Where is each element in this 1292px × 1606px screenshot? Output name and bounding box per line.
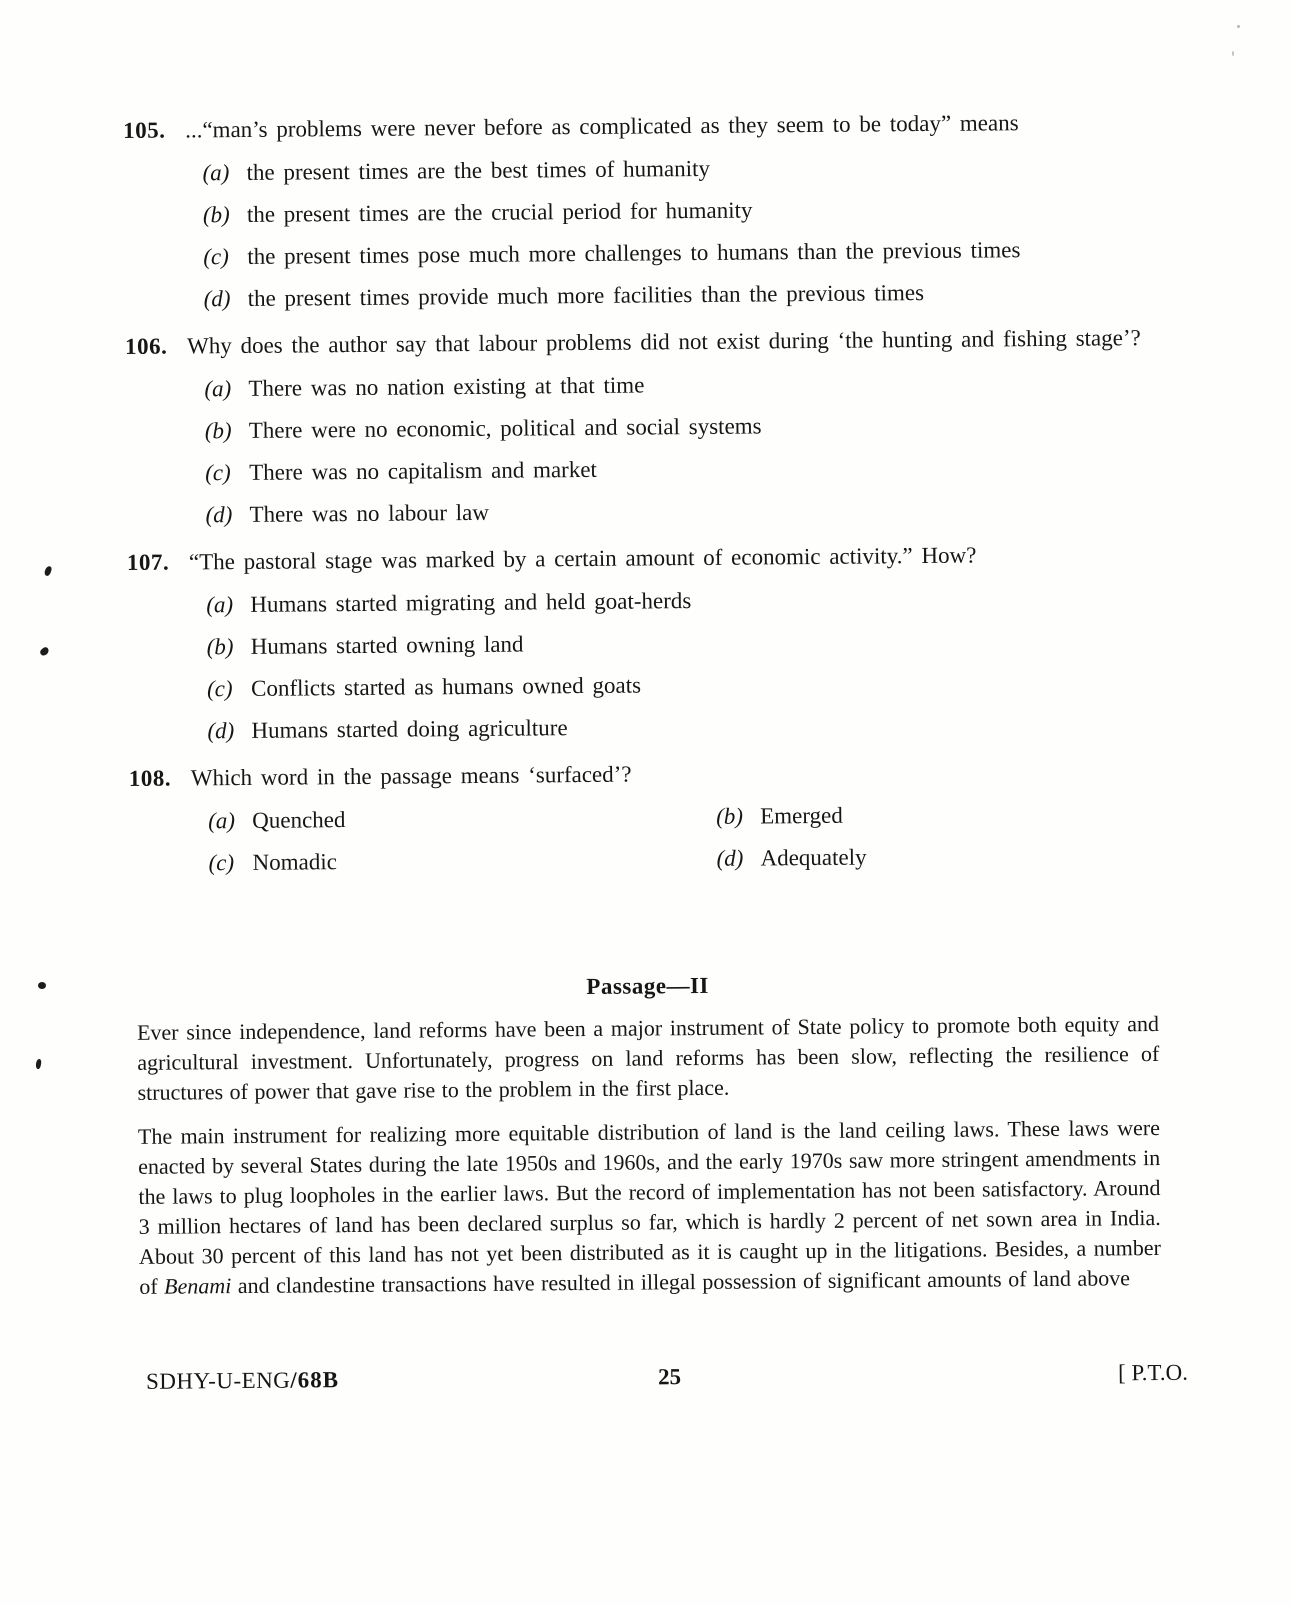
option-text: Emerged bbox=[760, 802, 843, 831]
option-letter: (b) bbox=[205, 417, 249, 445]
option-text: Quenched bbox=[252, 806, 345, 835]
page-number: 25 bbox=[658, 1362, 681, 1392]
option-letter: (d) bbox=[204, 285, 248, 313]
options-list: (a) Humans started migrating and held go… bbox=[206, 583, 1172, 745]
option-row: (b) Emerged bbox=[716, 799, 1173, 831]
page-content: 105. ...“man’s problems were never befor… bbox=[123, 103, 1174, 904]
option-row: (d) Humans started doing agriculture bbox=[207, 709, 1172, 745]
option-letter: (b) bbox=[203, 201, 247, 229]
question-number: 106. bbox=[125, 327, 187, 366]
option-text: Humans started migrating and held goat-h… bbox=[250, 587, 691, 619]
paragraph-text: and clandestine transactions have result… bbox=[231, 1265, 1130, 1298]
paper-code: SDHY-U-ENG/68B bbox=[146, 1365, 339, 1397]
passage-heading: Passage—II bbox=[137, 965, 1159, 1008]
option-text: There was no nation existing at that tim… bbox=[248, 371, 644, 402]
paper-code-bold: /68B bbox=[290, 1367, 339, 1392]
question-number: 108. bbox=[129, 759, 191, 798]
option-letter: (a) bbox=[204, 375, 248, 403]
scan-artifact bbox=[1232, 51, 1234, 56]
option-row: (a) Humans started migrating and held go… bbox=[206, 583, 1171, 619]
scan-artifact bbox=[44, 565, 53, 576]
exam-paper-page: 105. ...“man’s problems were never befor… bbox=[0, 0, 1292, 1606]
question-text: “The pastoral stage was marked by a cert… bbox=[189, 535, 1171, 582]
option-text: Adequately bbox=[760, 844, 866, 873]
question-106: 106. Why does the author say that labour… bbox=[125, 319, 1171, 530]
question-text: ...“man’s problems were never before as … bbox=[185, 103, 1167, 150]
paper-code-text: SDHY-U-ENG bbox=[146, 1368, 290, 1394]
option-row: (b) There were no economic, political an… bbox=[205, 409, 1170, 445]
option-letter: (c) bbox=[203, 243, 247, 271]
scan-artifact bbox=[39, 646, 50, 657]
pto-label: [ P.T.O. bbox=[1118, 1358, 1188, 1389]
passage-section: Passage—II Ever since independence, land… bbox=[137, 965, 1162, 1302]
option-row: (b) Humans started owning land bbox=[207, 625, 1172, 661]
option-row: (d) the present times provide much more … bbox=[204, 277, 1169, 313]
option-text: the present times are the best times of … bbox=[246, 155, 710, 187]
option-row: (c) Conflicts started as humans owned go… bbox=[207, 667, 1172, 703]
option-text: Nomadic bbox=[252, 848, 337, 877]
scan-artifact bbox=[38, 982, 46, 989]
question-text: Why does the author say that labour prob… bbox=[187, 319, 1169, 366]
question-105: 105. ...“man’s problems were never befor… bbox=[123, 103, 1169, 314]
option-row: (a) Quenched bbox=[208, 803, 716, 835]
option-row: (c) Nomadic bbox=[208, 845, 716, 877]
option-text: the present times are the crucial period… bbox=[247, 197, 753, 229]
option-letter: (b) bbox=[207, 633, 251, 661]
scan-artifact bbox=[1237, 25, 1240, 28]
option-text: There were no economic, political and so… bbox=[249, 412, 762, 444]
option-row: (c) the present times pose much more cha… bbox=[203, 235, 1168, 271]
option-letter: (d) bbox=[207, 717, 251, 745]
option-text: Conflicts started as humans owned goats bbox=[251, 672, 641, 703]
option-letter: (c) bbox=[207, 675, 251, 703]
question-number: 107. bbox=[127, 543, 189, 582]
option-row: (b) the present times are the crucial pe… bbox=[203, 193, 1168, 229]
question-107: 107. “The pastoral stage was marked by a… bbox=[127, 535, 1173, 746]
question-number: 105. bbox=[123, 111, 185, 150]
option-row: (c) There was no capitalism and market bbox=[205, 451, 1170, 487]
passage-paragraph-2: The main instrument for realizing more e… bbox=[138, 1113, 1162, 1302]
options-grid: (a) Quenched (b) Emerged (c) Nomadic (d)… bbox=[208, 799, 1174, 891]
option-row: (d) Adequately bbox=[716, 841, 1173, 873]
option-text: the present times pose much more challen… bbox=[247, 236, 1020, 271]
option-letter: (d) bbox=[205, 501, 249, 529]
option-letter: (d) bbox=[716, 844, 760, 872]
option-letter: (c) bbox=[208, 849, 252, 877]
option-letter: (a) bbox=[202, 159, 246, 187]
option-letter: (c) bbox=[205, 459, 249, 487]
scan-artifact bbox=[35, 1059, 42, 1070]
page-footer: SDHY-U-ENG/68B 25 [ P.T.O. bbox=[134, 1358, 1204, 1399]
option-row: (a) There was no nation existing at that… bbox=[204, 367, 1169, 403]
italic-term: Benami bbox=[164, 1273, 231, 1299]
option-letter: (b) bbox=[716, 802, 760, 830]
passage-paragraph-1: Ever since independence, land reforms ha… bbox=[137, 1009, 1160, 1108]
options-list: (a) There was no nation existing at that… bbox=[204, 367, 1170, 529]
option-letter: (a) bbox=[208, 807, 252, 835]
option-text: There was no capitalism and market bbox=[249, 456, 597, 487]
option-text: There was no labour law bbox=[249, 499, 489, 529]
option-row: (a) the present times are the best times… bbox=[202, 151, 1167, 187]
question-108: 108. Which word in the passage means ‘su… bbox=[129, 751, 1174, 892]
option-letter: (a) bbox=[206, 591, 250, 619]
option-text: Humans started doing agriculture bbox=[251, 714, 567, 745]
option-text: the present times provide much more faci… bbox=[248, 279, 925, 313]
option-text: Humans started owning land bbox=[251, 631, 524, 661]
question-text: Which word in the passage means ‘surface… bbox=[191, 751, 1173, 798]
option-row: (d) There was no labour law bbox=[205, 493, 1170, 529]
options-list: (a) the present times are the best times… bbox=[202, 151, 1168, 313]
